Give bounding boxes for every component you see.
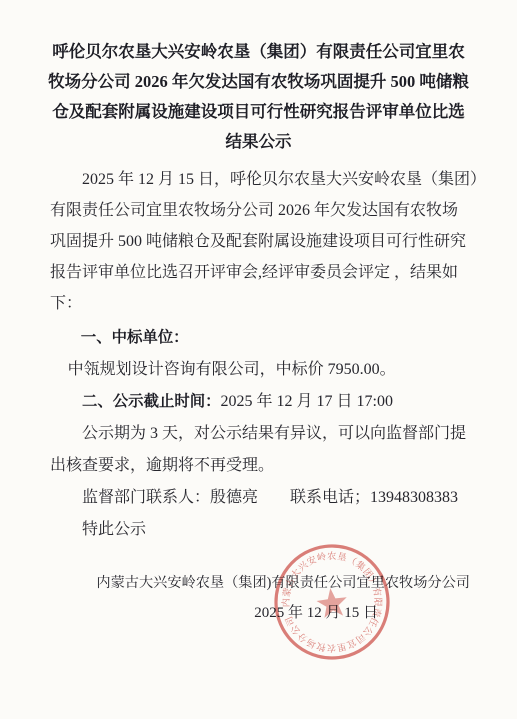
objection-line-1: 公示期为 3 天，对公示结果有异议，可以向监督部门提 [50, 418, 470, 450]
intro-paragraph: 2025 年 12 月 15 日，呼伦贝尔农垦大兴安岭农垦（集团） 有限责任公司… [0, 164, 517, 319]
intro-line-2: 有限责任公司宜里农牧场分公司 2026 年欠发达国有农牧场 [50, 195, 470, 226]
intro-line-4: 报告评审单位比选召开评审会,经评审委员会评定 ，结果如 [50, 257, 470, 288]
sections: 一、中标单位： 中瓴规划设计咨询有限公司，中标价 7950.00。 二、公示截止… [0, 322, 517, 546]
winner-section-heading: 一、中标单位： [50, 322, 470, 354]
intro-line-1: 2025 年 12 月 15 日，呼伦贝尔农垦大兴安岭农垦（集团） [50, 164, 470, 195]
document-title: 呼伦贝尔农垦大兴安岭农垦（集团）有限责任公司宜里农 牧场分公司 2026 年欠发… [0, 0, 517, 157]
title-line-1: 呼伦贝尔农垦大兴安岭农垦（集团）有限责任公司宜里农 [0, 37, 517, 67]
title-line-2: 牧场分公司 2026 年欠发达国有农牧场巩固提升 500 吨储粮 [0, 67, 517, 97]
announcement-document: 呼伦贝尔农垦大兴安岭农垦（集团）有限责任公司宜里农 牧场分公司 2026 年欠发… [0, 0, 517, 719]
intro-line-3: 巩固提升 500 吨储粮仓及配套附属设施建设项目可行性研究 [50, 226, 470, 257]
title-line-3: 仓及配套附属设施建设项目可行性研究报告评审单位比选 [0, 97, 517, 127]
signature-date: 2025 年 12 月 15 日 [50, 598, 470, 628]
signature-organization: 内蒙古大兴安岭农垦（集团)有限责任公司宜里农牧场分公司 [50, 568, 470, 598]
deadline-section-heading: 二、公示截止时间： [82, 393, 221, 410]
signature-block: 内蒙古大兴安岭农垦（集团)有限责任公司宜里农牧场分公司 2025 年 12 月 … [0, 568, 517, 628]
deadline-section-content: 2025 年 12 月 17 日 17:00 [221, 393, 393, 410]
supervisor-contact-line: 监督部门联系人：殷德亮 联系电话；13948308383 [50, 482, 470, 514]
closing-line: 特此公示 [50, 514, 470, 546]
deadline-section-line: 二、公示截止时间：2025 年 12 月 17 日 17:00 [50, 386, 470, 418]
title-line-4: 结果公示 [0, 127, 517, 157]
winner-section-content: 中瓴规划设计咨询有限公司，中标价 7950.00。 [50, 354, 470, 386]
intro-line-5: 下： [50, 288, 470, 319]
objection-line-2: 出核查要求，逾期将不再受理。 [50, 450, 470, 482]
